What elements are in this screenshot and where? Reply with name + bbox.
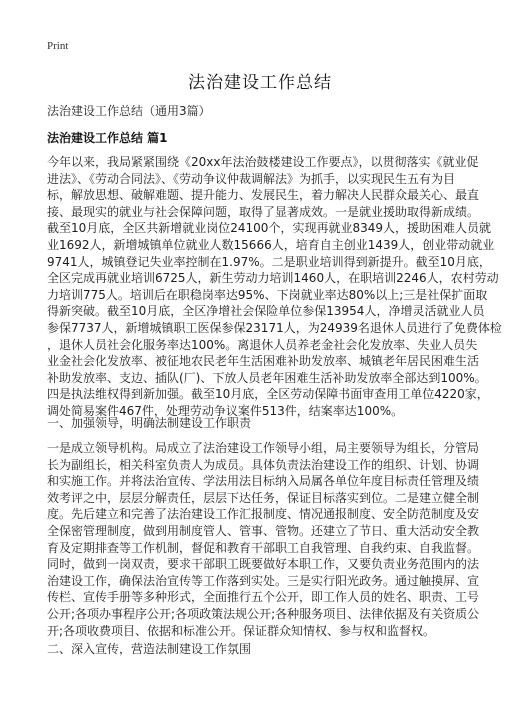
paragraph-line: 标，解放思想、破解难题、提升能力、发展民生，着力解决人民群众最关心、最直	[47, 187, 487, 204]
paragraph-line: 一是成立领导机构。局成立了法治建设工作领导小组，局主要领导为组长，分管局	[47, 440, 487, 457]
paragraph-line: 业1692人，新增城镇单位就业人数15666人，培育自主创业1439人，创业带动…	[47, 237, 487, 254]
paragraph-line: 治建设工作，确保法治宣传等工作落到实处。三是实行阳光政务。通过触摸屏、宣	[47, 573, 487, 590]
paragraph-line: 传栏、宣传手册等多种形式，全面推行五个公开，即工作人员的姓名、职责、工号	[47, 589, 487, 606]
paragraph-line: 全保密管理制度，做到用制度管人、管事、管物。还建立了节日、重大活动安全教	[47, 523, 487, 540]
document-title: 法治建设工作总结	[0, 68, 520, 93]
paragraph-line: 四是执法维权得到新加强。截至10月底，全区劳动保障书面审查用工单位4220家，	[47, 386, 487, 403]
section-heading-1: 一、加强领导，明确法制建设工作职责	[47, 414, 251, 431]
print-link[interactable]: Print	[47, 40, 68, 52]
paragraph-line: 业金社会化发放率、被征地农民老年生活困难补助发放率、城镇老年居民困难生活	[47, 353, 487, 370]
paragraph-line: 参保7737人，新增城镇职工医保参保23171人，为24939名退休人员进行了免…	[47, 320, 487, 337]
paragraph-line: 长为副组长，相关科室负责人为成员。具体负责法治建设工作的组织、计划、协调	[47, 457, 487, 474]
paragraph-line: 力培训775人。培训后在职稳岗率达95%、下岗就业率达80%以上;三是社保扩面取	[47, 287, 487, 304]
paragraph-leadership: 一是成立领导机构。局成立了法治建设工作领导小组，局主要领导为组长，分管局长为副组…	[47, 440, 487, 639]
part-heading: 法治建设工作总结 篇1	[47, 129, 168, 146]
paragraph-line: 公开;各项办事程序公开;各项政策法规公开;各种服务项目、法律依据及有关资质公	[47, 606, 487, 623]
paragraph-line: 接、最现实的就业与社会保障问题，取得了显著成效。一是就业援助取得新成绩。	[47, 204, 487, 221]
paragraph-line: 9741人，城镇登记失业率控制在1.97%。二是职业培训得到新提升。截至10月底…	[47, 254, 487, 271]
paragraph-line: 和实施工作。并将法治宣传、学法用法目标纳入局属各单位年度目标责任管理及绩	[47, 473, 487, 490]
paragraph-line: 补助发放率、支边、插队(厂)、下放人员老年困难生活补助发放率全部达到100%。	[47, 370, 487, 387]
paragraph-line: 度。先后建立和完善了法治建设工作汇报制度、情况通报制度、安全防范制度及安	[47, 506, 487, 523]
paragraph-line: 得新突破。截至10月底，全区净增社会保险单位参保13954人，净增灵活就业人员	[47, 303, 487, 320]
paragraph-line: 育及定期排查等工作机制，督促和教育干部职工自我管理、自我约束、自我监督。	[47, 540, 487, 557]
paragraph-line: 今年以来，我局紧紧围绕《20xx年法治鼓楼建设工作要点》，以贯彻落实《就业促	[47, 154, 487, 171]
section-heading-2: 二、深入宣传，营造法制建设工作氛围	[47, 640, 251, 657]
paragraph-line: 开;各项收费项目、依据和标准公开。保证群众知情权、参与权和监督权。	[47, 623, 487, 640]
document-subtitle: 法治建设工作总结（通用3篇）	[47, 102, 211, 119]
paragraph-line: ，退休人员社会化服务率达100%。离退休人员养老金社会化发放率、失业人员失	[47, 337, 487, 354]
paragraph-line: 全区完成再就业培训6725人，新生劳动力培训1460人，在职培训2246人，农村…	[47, 270, 487, 287]
paragraph-line: 截至10月底，全区共新增就业岗位24100个，实现再就业8349人，援助困难人员…	[47, 220, 487, 237]
paragraph-line: 同时，做到一岗双责，要求干部职工既要做好本职工作，又要负责业务范围内的法	[47, 556, 487, 573]
paragraph-line: 进法》、《劳动合同法》、《劳动争议仲裁调解法》为抓手，以实现民生五有为目	[47, 171, 487, 188]
paragraph-line: 效考评之中，层层分解责任，层层下达任务，保证目标落实到位。二是建立健全制	[47, 490, 487, 507]
paragraph-intro: 今年以来，我局紧紧围绕《20xx年法治鼓楼建设工作要点》，以贯彻落实《就业促进法…	[47, 154, 487, 420]
